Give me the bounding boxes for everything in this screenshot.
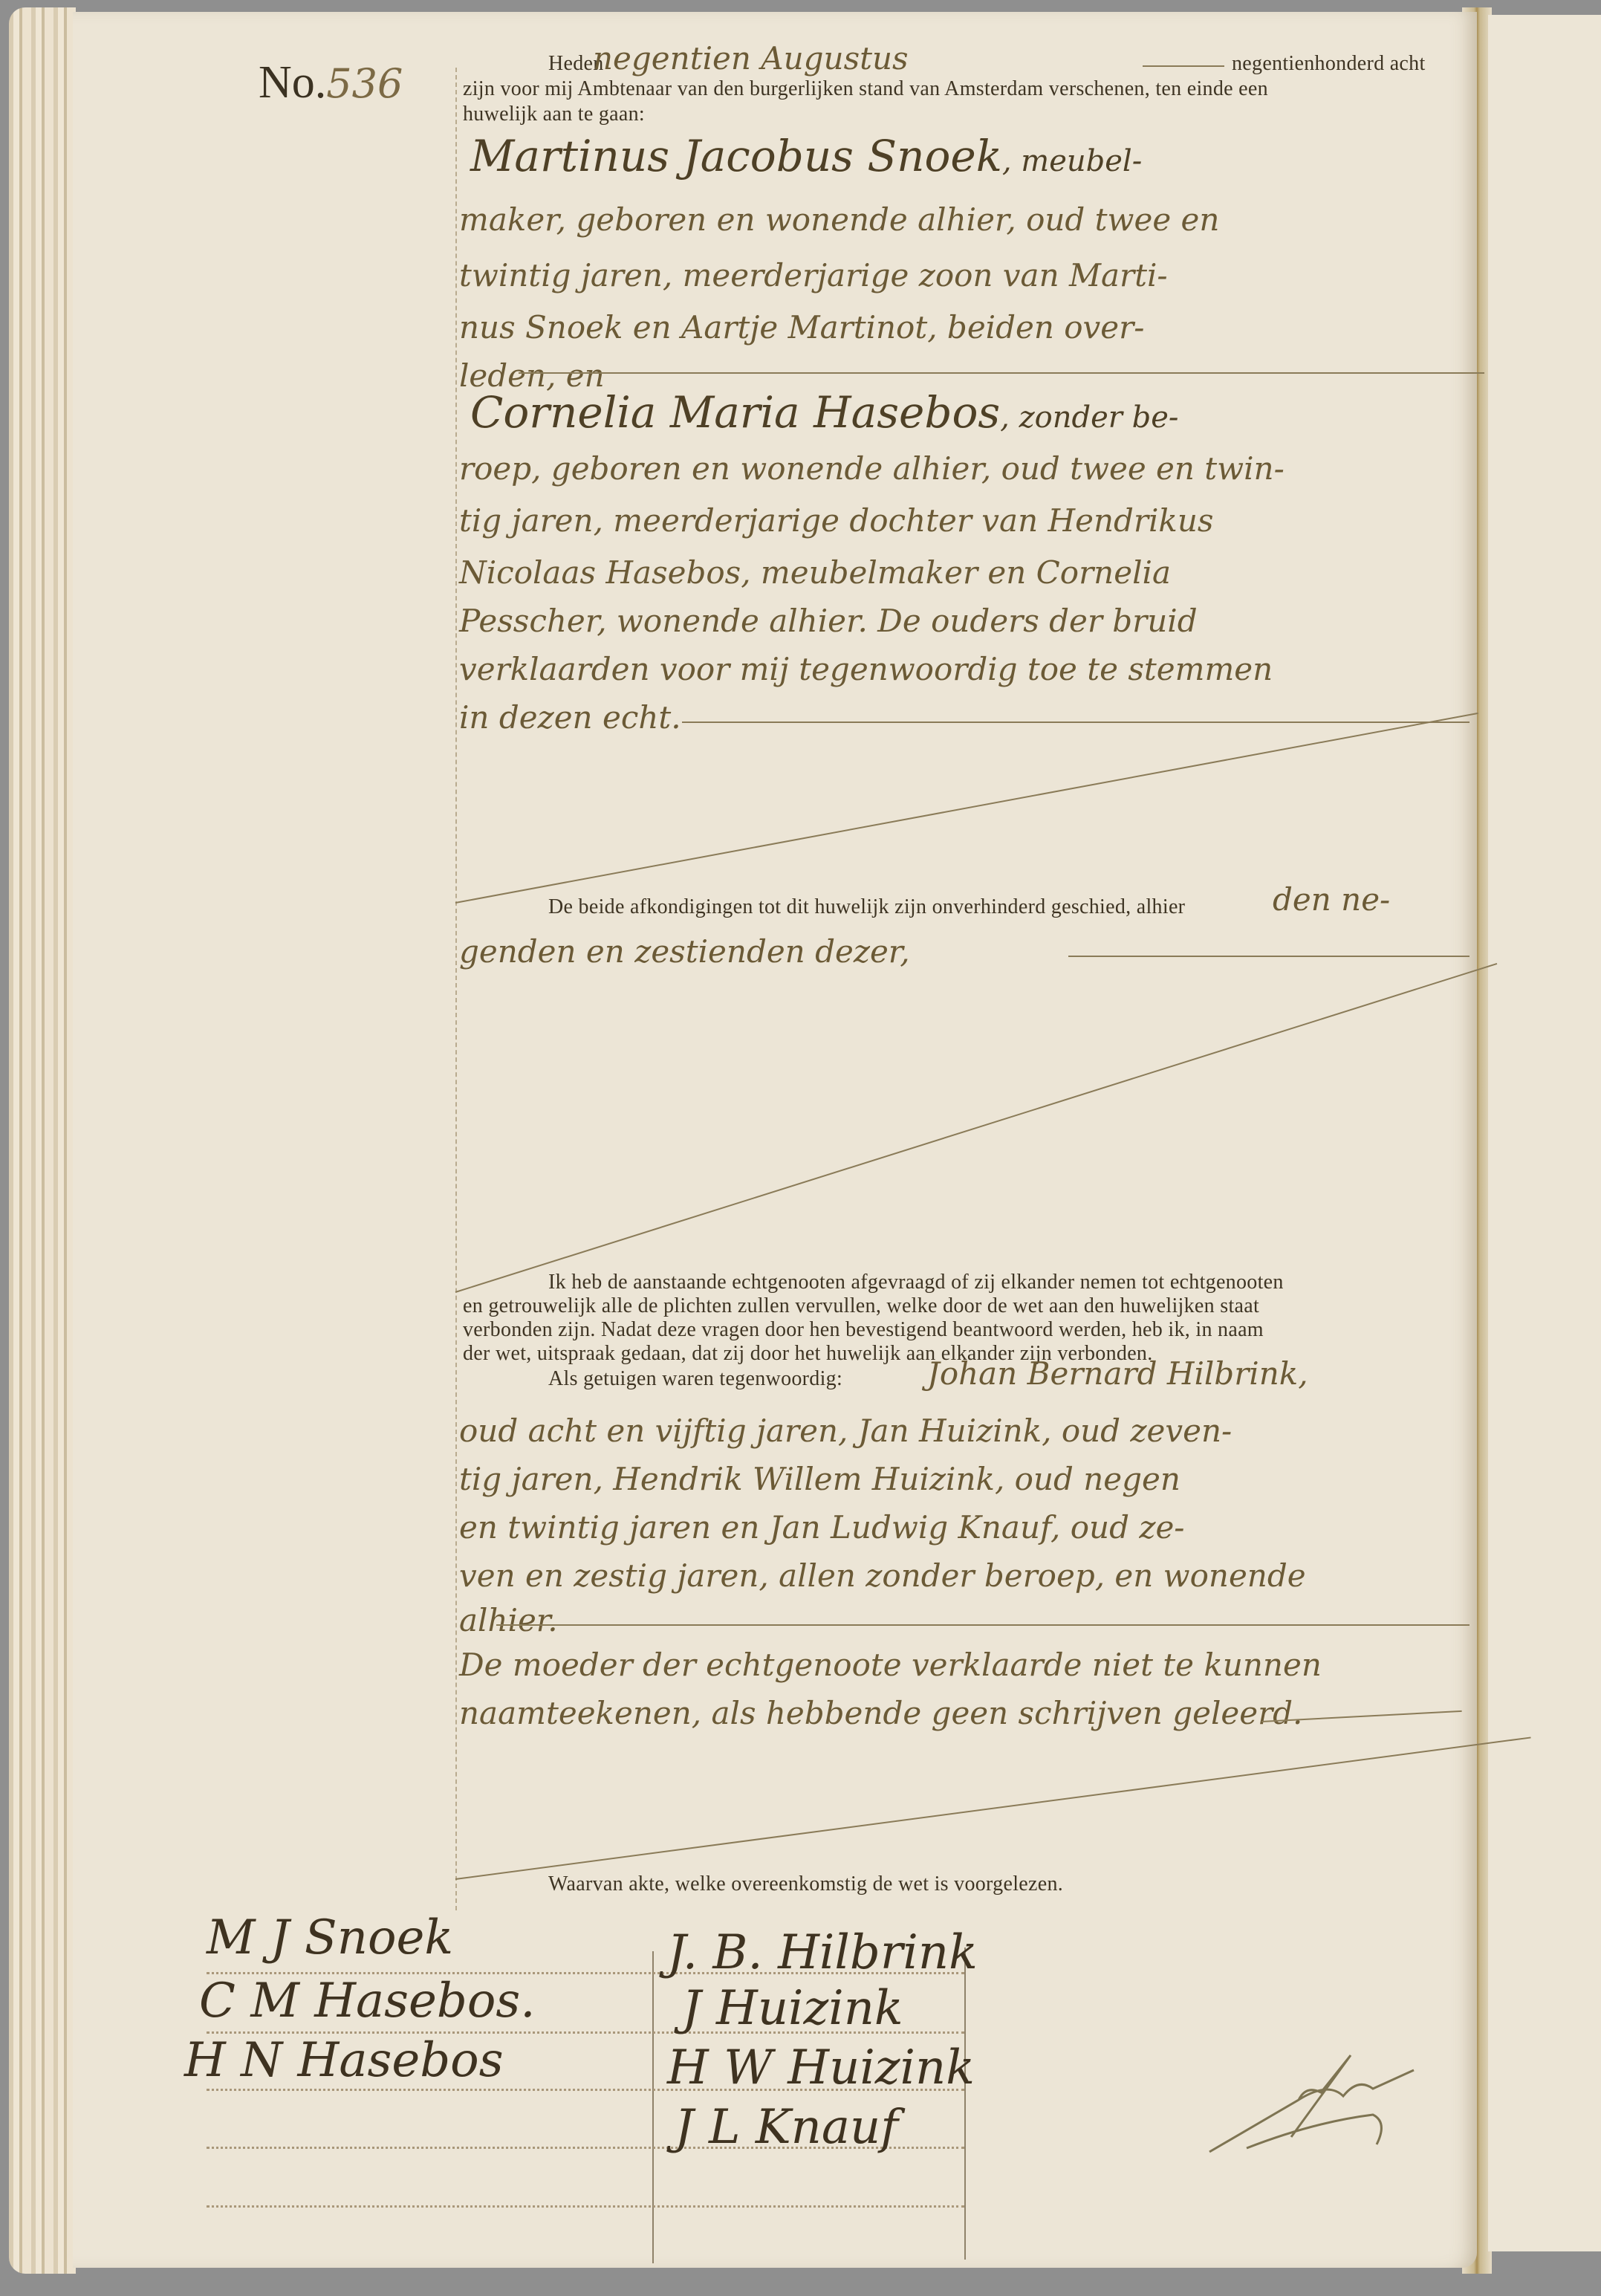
bride-line: roep, geboren en wonende alhier, oud twe… (459, 450, 1285, 487)
groom-line: maker, geboren en wonende alhier, oud tw… (459, 201, 1219, 238)
proclamations-dates-a: den ne- (1273, 881, 1390, 918)
proclamations-text: De beide afkondigingen tot dit huwelijk … (548, 892, 1185, 922)
witness-line: oud acht en vijftig jaren, Jan Huizink, … (459, 1413, 1232, 1449)
bride-name: Cornelia Maria Hasebos, zonder be- (470, 387, 1178, 438)
witness-line: ven en zestig jaren, allen zonder beroep… (459, 1557, 1306, 1594)
bride-line: Pesscher, wonende alhier. De ouders der … (459, 603, 1198, 639)
signature-witness-1: J. B. Hilbrink (667, 1925, 978, 1980)
register-book: No.536 Heden negentien Augustus negentie… (6, 7, 1601, 2281)
proclamations-dates-b: genden en zestienden dezer, (459, 933, 910, 970)
cancel-diagonal (455, 1736, 1531, 1880)
bride-occupation-start: , zonder be- (1000, 400, 1178, 435)
witness-first: Johan Bernard Hilbrink, (927, 1355, 1308, 1392)
filler-line (496, 1624, 1470, 1626)
witnesses-label: Als getuigen waren tegenwoordig: (548, 1364, 842, 1394)
groom-name: Martinus Jacobus Snoek, meubel- (470, 131, 1142, 181)
bride-line: Nicolaas Hasebos, meubelmaker en Corneli… (459, 554, 1171, 591)
page-edges (9, 7, 76, 2274)
bride-line: verklaarden voor mij tegenwoordig toe te… (459, 651, 1273, 687)
bride-line: in dezen echt. (459, 699, 681, 736)
signature-divider (964, 1948, 966, 2260)
register-page: No.536 Heden negentien Augustus negentie… (73, 12, 1477, 2268)
signature-witness-3: H W Huizink (667, 2040, 975, 2095)
groom-name-text: Martinus Jacobus Snoek (470, 131, 1002, 181)
signature-bride: C M Hasebos. (199, 1974, 536, 2029)
header-line-3: huwelijk aan te gaan: (463, 100, 645, 129)
record-number-prefix: No. (259, 57, 326, 108)
closing-text: Waarvan akte, welke overeenkomstig de we… (548, 1869, 1063, 1899)
filler-line (1143, 65, 1224, 67)
signature-groom: M J Snoek (207, 1910, 453, 1965)
record-number-value: 536 (326, 60, 403, 107)
groom-line: nus Snoek en Aartje Martinot, beiden ove… (459, 309, 1144, 346)
signature-divider (652, 1951, 654, 2263)
witness-line: alhier. (459, 1602, 558, 1638)
filler-line (519, 372, 1484, 374)
signature-bride-father: H N Hasebos (184, 2033, 504, 2088)
official-signature (1202, 2040, 1440, 2159)
bride-line: tig jaren, meerderjarige dochter van Hen… (459, 502, 1213, 539)
groom-occupation-start: , meubel- (1002, 144, 1142, 178)
groom-line: twintig jaren, meerderjarige zoon van Ma… (459, 257, 1168, 294)
margin-rule (455, 68, 457, 1910)
signature-line (207, 2205, 964, 2208)
signature-witness-4: J L Knauf (675, 2100, 898, 2155)
witness-line: tig jaren, Hendrik Willem Huizink, oud n… (459, 1461, 1181, 1497)
record-number: No.536 (259, 56, 403, 109)
witness-line: en twintig jaren en Jan Ludwig Knauf, ou… (459, 1509, 1185, 1546)
cancel-diagonal (455, 963, 1498, 1293)
facing-page (1488, 15, 1601, 2251)
bride-name-text: Cornelia Maria Hasebos (470, 387, 1000, 438)
filler-line (682, 721, 1470, 723)
cancel-diagonal (455, 713, 1478, 904)
note-line: De moeder der echtgenoote verklaarde nie… (459, 1647, 1322, 1683)
note-line: naamteekenen, als hebbende geen schrijve… (459, 1695, 1302, 1731)
header-date-hand: negentien Augustus (593, 40, 909, 77)
signature-witness-2: J Huizink (682, 1981, 903, 2036)
filler-line (1068, 956, 1470, 957)
